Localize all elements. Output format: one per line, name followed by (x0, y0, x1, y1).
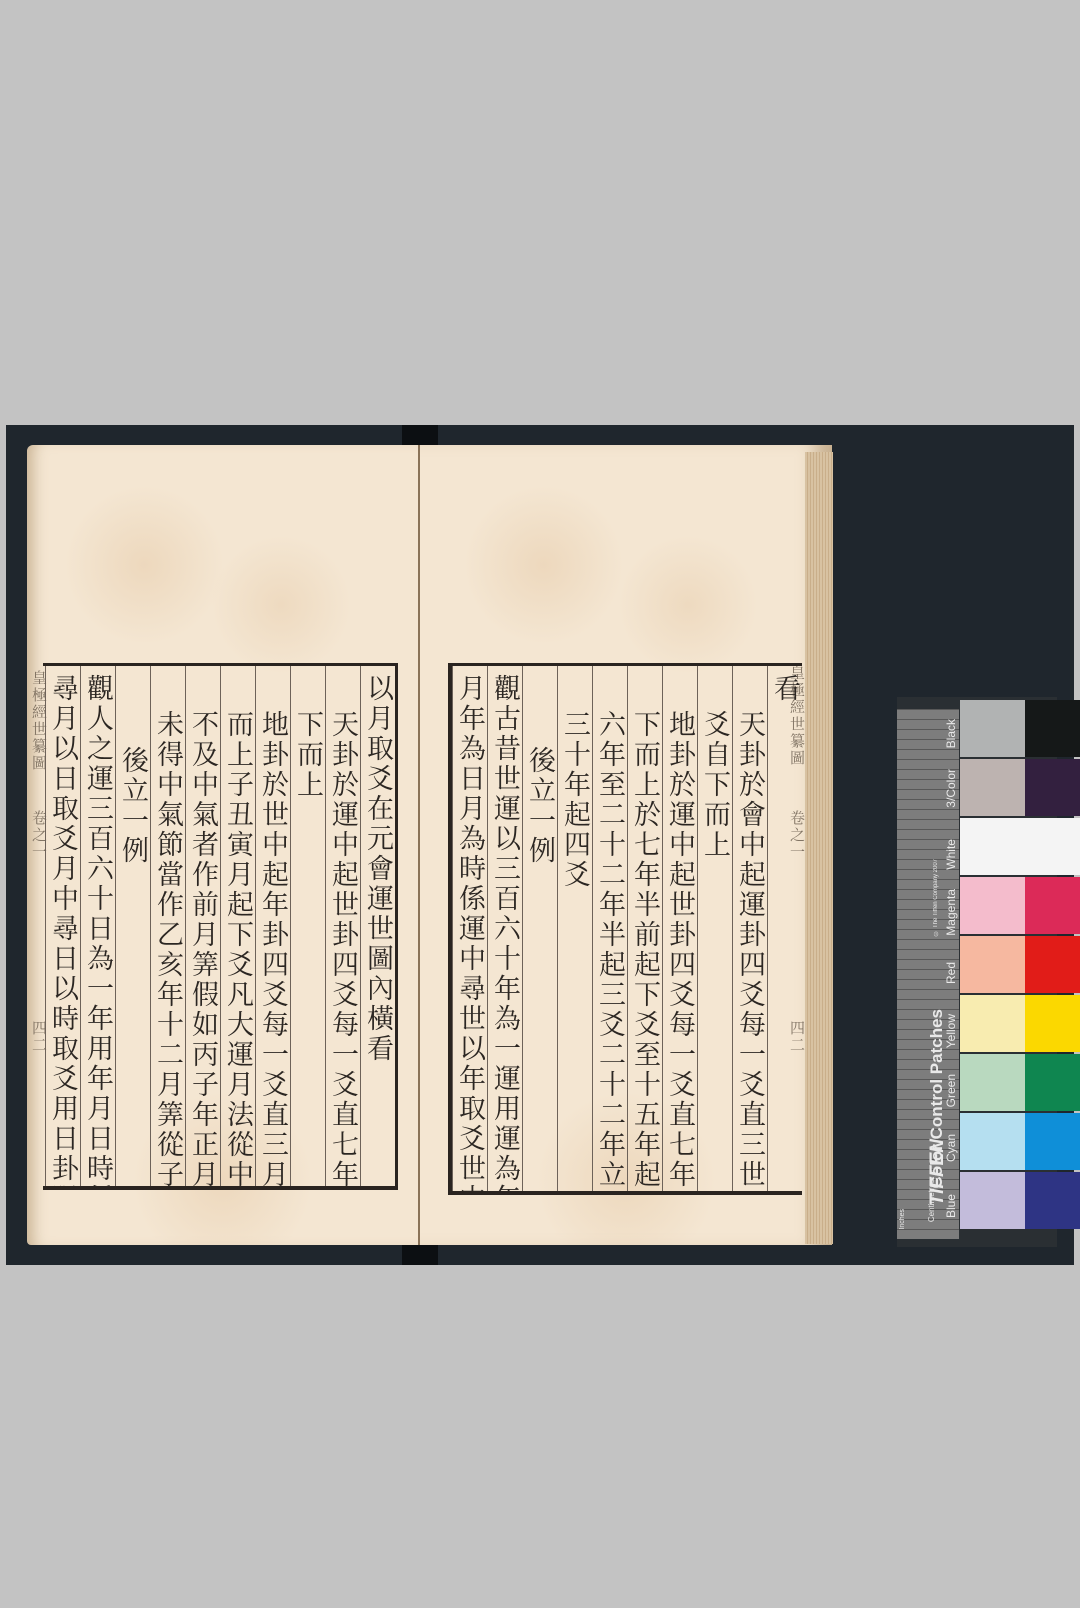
text-column: 月年為日月為時係運中尋世以年取爻世中尋年 (452, 666, 487, 1191)
left-text-block: 以月取爻在元會運世圖內橫看 天卦於運中起世卦四爻每一爻直七年半爻自 下而上 地卦… (43, 663, 398, 1190)
right-text-block: 看 天卦於會中起運卦四爻每一爻直三世九十年 爻自下而上 地卦於運中起世卦四爻每一… (448, 663, 802, 1195)
patch-magenta-light (960, 877, 1026, 934)
text-column: 未得中氣節當作乙亥年十二月筭從子起筭 (150, 666, 185, 1186)
patch-yellow-light (960, 995, 1026, 1052)
color-control-chart: Color Control Patches TIFFEN © The Tiffe… (897, 697, 1057, 1247)
patch-black-dark (1025, 700, 1080, 757)
text-column: 觀人之運三百六十日為一年用年月日時係年中 (80, 666, 115, 1186)
patch-label: Black (944, 719, 958, 748)
text-column: 以月取爻在元會運世圖內橫看 (360, 666, 395, 1186)
patch-green-light (960, 1054, 1026, 1111)
text-column: 下而上於七年半前起下爻至十五年起二爻十 (627, 666, 662, 1191)
ruler-unit-inches: Inches (899, 1209, 906, 1230)
text-column: 爻自下而上 (697, 666, 732, 1191)
patch-green-dark (1025, 1054, 1080, 1111)
text-column: 下而上 (290, 666, 325, 1186)
chart-copyright: © The Tiffen Company 2007 (933, 859, 939, 936)
patch-label: Magenta (944, 889, 958, 936)
patch-label: Cyan (944, 1134, 958, 1162)
text-column: 後立一例 (522, 666, 557, 1191)
ruler: Color Control Patches TIFFEN © The Tiffe… (897, 709, 959, 1239)
text-column: 地卦於運中起世卦四爻每一爻直七年半爻自 (662, 666, 697, 1191)
text-column: 而上子丑寅月起下爻凡大運月法從中氣起筭 (220, 666, 255, 1186)
patch-yellow-dark (1025, 995, 1080, 1052)
patch-label: Green (944, 1074, 958, 1107)
ruler-unit-cm: Centimetres (927, 1179, 936, 1222)
text-column: 天卦於運中起世卦四爻每一爻直七年半爻自 (325, 666, 360, 1186)
patch-blue-dark (1025, 1172, 1080, 1229)
patch-label: White (944, 839, 958, 870)
patch-3color-light (960, 759, 1026, 816)
text-column: 六年至二十二年半起三爻二十二年立秋後至 (592, 666, 627, 1191)
text-column: 後立一例 (115, 666, 150, 1186)
patch-label: 3/Color (944, 769, 958, 808)
text-column: 三十年起四爻 (557, 666, 592, 1191)
text-column: 觀古昔世運以三百六十年為一運用運為年世為 (487, 666, 522, 1191)
text-column: 地卦於世中起年卦四爻每一爻直三月爻自下 (255, 666, 290, 1186)
page-edge (805, 452, 833, 1244)
text-column: 天卦於會中起運卦四爻每一爻直三世九十年 (732, 666, 767, 1191)
patch-label: Blue (944, 1194, 958, 1218)
patch-black-light (960, 700, 1026, 757)
text-column: 不及中氣者作前月筭假如丙子年正月初八日 (185, 666, 220, 1186)
text-column: 尋月以日取爻月中尋日以時取爻用日卦陽圖看 (45, 666, 80, 1186)
patch-cyan-dark (1025, 1113, 1080, 1170)
patch-cyan-light (960, 1113, 1026, 1170)
patch-red-dark (1025, 936, 1080, 993)
patch-label: Red (944, 962, 958, 984)
patch-label: Yellow (944, 1014, 958, 1048)
patch-3color-dark (1025, 759, 1080, 816)
patch-blue-light (960, 1172, 1026, 1229)
patch-red-light (960, 936, 1026, 993)
patch-magenta-dark (1025, 877, 1080, 934)
text-column: 看 (767, 666, 802, 1191)
patch-white (960, 818, 1080, 875)
